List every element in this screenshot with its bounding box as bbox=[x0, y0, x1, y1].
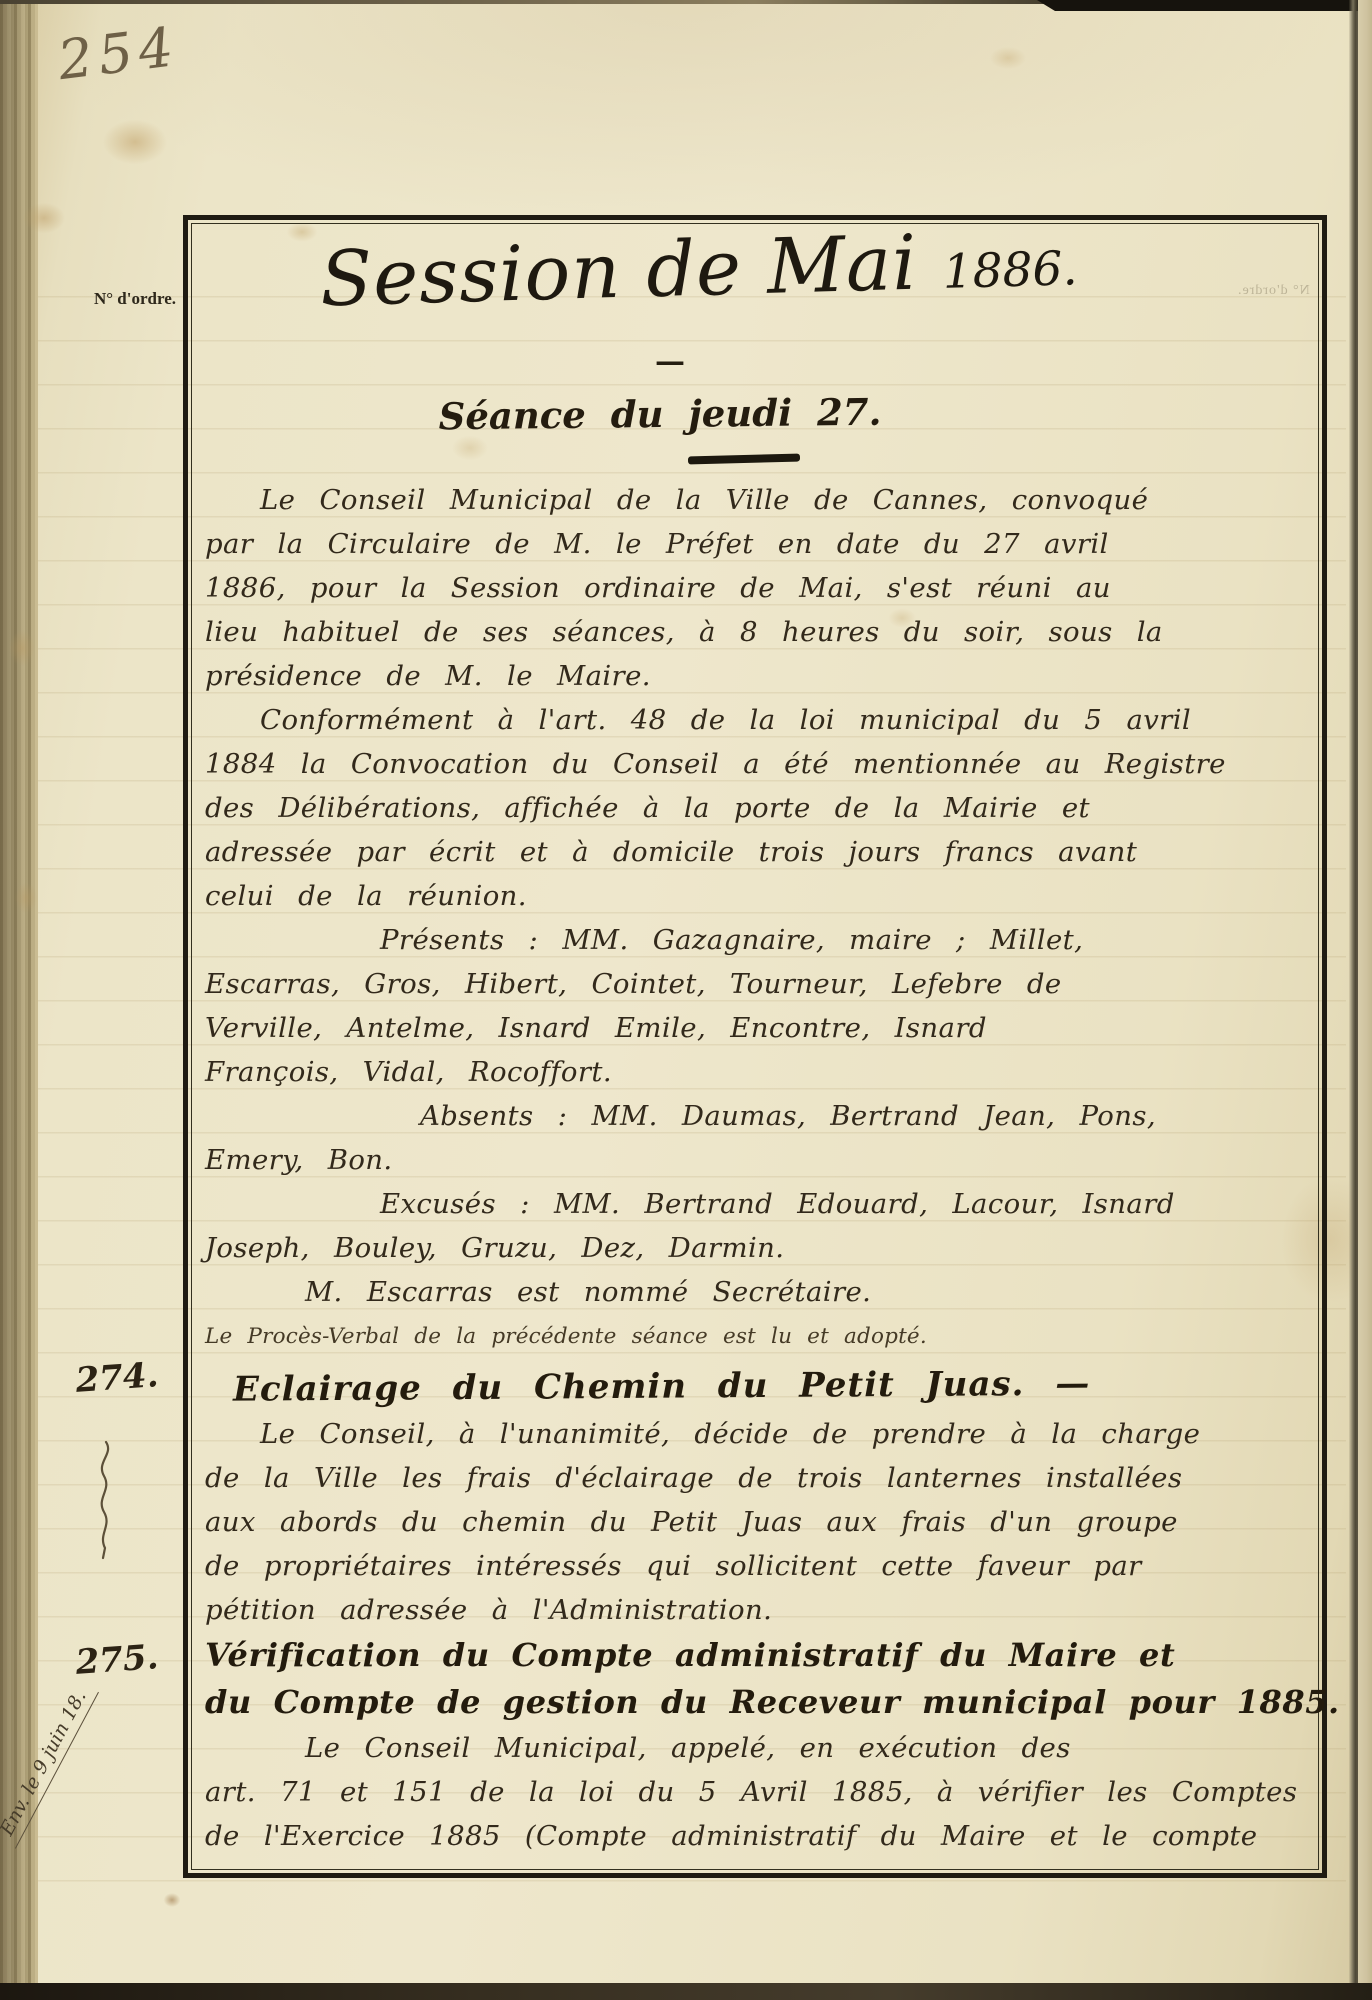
intro-line: adressée par écrit et à domicile trois j… bbox=[205, 830, 1313, 874]
page-right-edge bbox=[1349, 0, 1358, 2000]
proces-verbal-line: Le Procès-Verbal de la précédente séance… bbox=[205, 1314, 1313, 1360]
intro-line: 1884 la Convocation du Conseil a été men… bbox=[205, 742, 1313, 786]
item-275-body-line: art. 71 et 151 de la loi du 5 Avril 1885… bbox=[205, 1770, 1313, 1814]
margin-flourish-icon bbox=[92, 1440, 118, 1560]
attendance-absents-line: Absents : MM. Daumas, Bertrand Jean, Pon… bbox=[205, 1094, 1313, 1138]
attendance-absents-line: Emery, Bon. bbox=[205, 1138, 1313, 1182]
item-274-body-line: aux abords du chemin du Petit Juas aux f… bbox=[205, 1500, 1313, 1544]
order-number-label: N° d'ordre. bbox=[60, 289, 176, 309]
intro-line: 1886, pour la Session ordinaire de Mai, … bbox=[205, 566, 1313, 610]
seance-title: Séance du jeudi 27. bbox=[380, 389, 940, 439]
session-title-main: Session de Mai bbox=[319, 218, 919, 324]
attendance-excuses-line: Excusés : MM. Bertrand Edouard, Lacour, … bbox=[205, 1182, 1313, 1226]
attendance-excuses-line: Joseph, Bouley, Gruzu, Dez, Darmin. bbox=[205, 1226, 1313, 1270]
attendance-presents-line: Escarras, Gros, Hibert, Cointet, Tourneu… bbox=[205, 962, 1313, 1006]
attendance-presents-line: François, Vidal, Rocoffort. bbox=[205, 1050, 1313, 1094]
session-title-year: 1886. bbox=[942, 241, 1078, 300]
intro-line: celui de la réunion. bbox=[205, 874, 1313, 918]
intro-line: des Délibérations, affichée à la porte d… bbox=[205, 786, 1313, 830]
intro-line: présidence de M. le Maire. bbox=[205, 654, 1313, 698]
intro-line: Conformément à l'art. 48 de la loi munic… bbox=[205, 698, 1313, 742]
item-275-heading: Vérification du Compte administratif du … bbox=[205, 1632, 1313, 1679]
margin-item-number-274: 274. bbox=[57, 1354, 178, 1402]
top-right-shadow bbox=[1037, 0, 1372, 11]
margin-item-number-275: 275. bbox=[57, 1636, 178, 1684]
item-275-body-line: de l'Exercice 1885 (Compte administratif… bbox=[205, 1814, 1313, 1858]
item-274-body-line: de propriétaires intéressés qui sollicit… bbox=[205, 1544, 1313, 1588]
item-275-body-line: Le Conseil Municipal, appelé, en exécuti… bbox=[205, 1726, 1313, 1770]
item-274-heading: Eclairage du Chemin du Petit Juas. — bbox=[205, 1356, 1313, 1416]
item-274-body-line: pétition adressée à l'Administration. bbox=[205, 1588, 1313, 1632]
item-274-body-line: Le Conseil, à l'unanimité, décide de pre… bbox=[205, 1412, 1313, 1456]
bottom-scan-edge bbox=[0, 1983, 1372, 2000]
item-275-heading: du Compte de gestion du Receveur municip… bbox=[205, 1679, 1313, 1726]
secretary-line: M. Escarras est nommé Secrétaire. bbox=[205, 1270, 1313, 1314]
title-separator-dash: — bbox=[610, 344, 730, 379]
attendance-presents-line: Présents : MM. Gazagnaire, maire ; Mille… bbox=[205, 918, 1313, 962]
facing-page-gutter bbox=[1358, 0, 1372, 2000]
manuscript-text-block: Le Conseil Municipal de la Ville de Cann… bbox=[205, 478, 1313, 1858]
intro-line: Le Conseil Municipal de la Ville de Cann… bbox=[205, 478, 1313, 522]
intro-line: par la Circulaire de M. le Préfet en dat… bbox=[205, 522, 1313, 566]
attendance-presents-line: Verville, Antelme, Isnard Emile, Encontr… bbox=[205, 1006, 1313, 1050]
intro-line: lieu habituel de ses séances, à 8 heures… bbox=[205, 610, 1313, 654]
book-binding-edge bbox=[0, 0, 38, 2000]
item-274-body-line: de la Ville les frais d'éclairage de tro… bbox=[205, 1456, 1313, 1500]
